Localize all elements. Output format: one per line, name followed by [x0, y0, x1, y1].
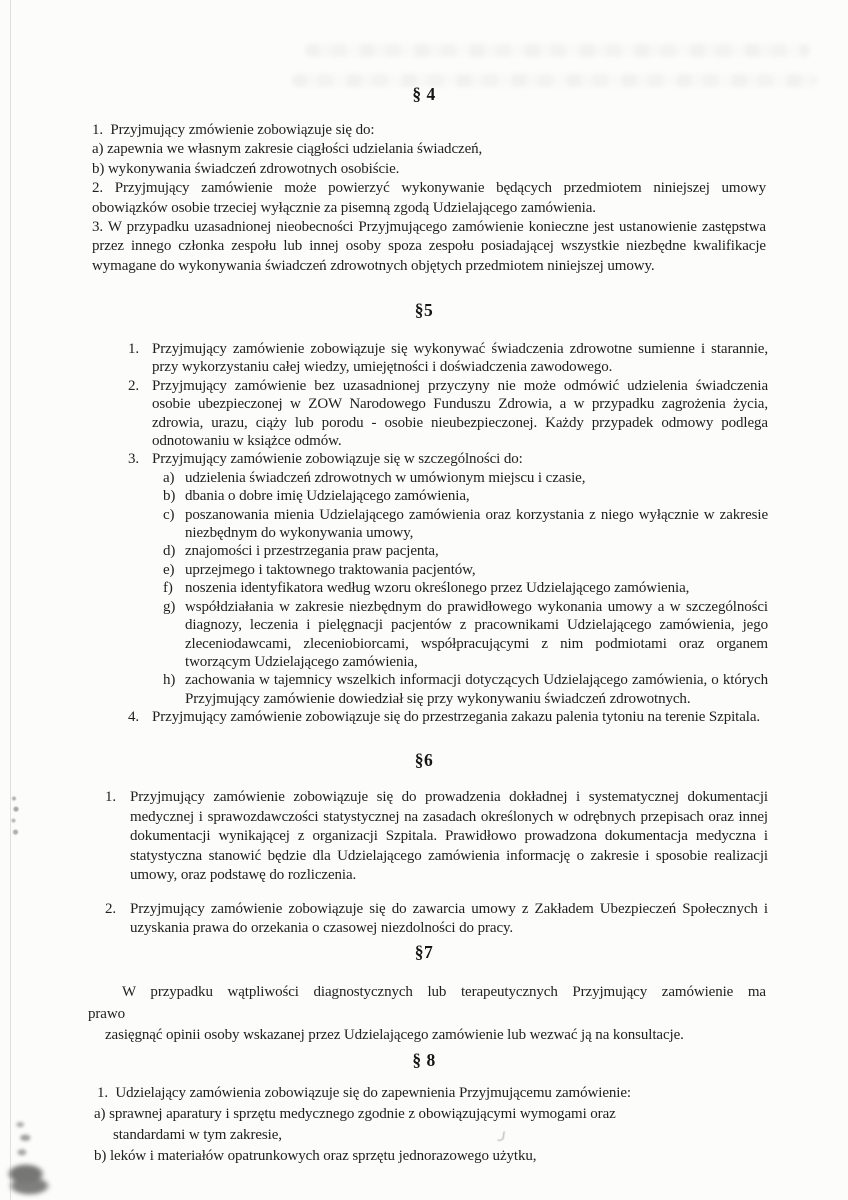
list-item: 4.Przyjmujący zamówienie zobowiązuje się…	[92, 708, 768, 726]
list-item-marker: 1.	[128, 340, 139, 358]
list-item-text: Przyjmujący zamówienie zobowiązuje się d…	[130, 901, 768, 937]
paragraph: b) leków i materiałów opatrunkowych oraz…	[92, 1146, 766, 1167]
list-item-marker: c)	[163, 506, 174, 524]
list-item: a)udzielenia świadczeń zdrowotnych w umó…	[92, 469, 768, 487]
list-item-text: uprzejmego i taktownego traktowania pacj…	[185, 562, 476, 578]
list-item-text: udzielenia świadczeń zdrowotnych w umówi…	[185, 470, 585, 486]
list-item-text: zachowania w tajemnicy wszelkich informa…	[185, 672, 768, 706]
list-item-text: Przyjmujący zamówienie zobowiązuje się w…	[152, 341, 768, 375]
paragraph: prawo	[88, 1004, 766, 1026]
paragraph: a) sprawnej aparatury i sprzętu medyczne…	[92, 1104, 766, 1125]
paragraph: 1. Przyjmujący zmówienie zobowiązuje się…	[92, 121, 766, 140]
list-item: h)zachowania w tajemnicy wszelkich infor…	[92, 671, 768, 708]
list-item-text: Przyjmujący zamówienie bez uzasadnionej …	[152, 378, 768, 449]
paragraph: standardami w tym zakresie,	[92, 1125, 766, 1146]
list-item-marker: h)	[163, 671, 175, 689]
list-item-text: Przyjmujący zamówienie zobowiązuje się w…	[152, 451, 523, 467]
contract-section: §51.Przyjmujący zamówienie zobowiązuje s…	[0, 300, 848, 727]
section-heading: §5	[0, 300, 848, 320]
list-item-marker: f)	[163, 579, 173, 597]
section-heading: § 8	[0, 1050, 848, 1070]
scanned-contract-page: § 41. Przyjmujący zmówienie zobowiązuje …	[0, 0, 848, 1200]
list-item-marker: 2.	[128, 377, 139, 395]
list-item-marker: 1.	[105, 788, 116, 808]
list-item-marker: g)	[163, 598, 175, 616]
section-body: 1. Udzielający zamówienia zobowiązuje si…	[92, 1083, 766, 1167]
section-heading: § 4	[0, 84, 848, 104]
list-item-marker: 3.	[128, 450, 139, 468]
list-item-marker: 4.	[128, 708, 139, 726]
section-body: 1.Przyjmujący zamówienie zobowiązuje się…	[92, 788, 768, 939]
section-body: 1.Przyjmujący zamówienie zobowiązuje się…	[92, 340, 768, 727]
list-item-text: poszanowania mienia Udzielającego zamówi…	[185, 507, 768, 541]
scan-bleedthrough-artifact	[305, 44, 810, 57]
scan-smudge-artifact	[6, 1162, 58, 1196]
contract-section: §7W przypadku wątpliwości diagnostycznyc…	[0, 942, 848, 1047]
list-item: 1.Przyjmujący zamówienie zobowiązuje się…	[92, 340, 768, 377]
paragraph: a) zapewnia we własnym zakresie ciągłośc…	[92, 140, 766, 159]
list-item-marker: a)	[163, 469, 174, 487]
list-item: e)uprzejmego i taktownego traktowania pa…	[92, 561, 768, 579]
list-item-text: noszenia identyfikatora według wzoru okr…	[185, 580, 689, 596]
paragraph: 1. Udzielający zamówienia zobowiązuje si…	[92, 1083, 766, 1104]
section-heading: §7	[0, 942, 848, 962]
list-item: 1.Przyjmujący zamówienie zobowiązuje się…	[92, 788, 768, 886]
contract-section: § 81. Udzielający zamówienia zobowiązuje…	[0, 1050, 848, 1167]
list-item: g)współdziałania w zakresie niezbędnym d…	[92, 598, 768, 672]
list-item-marker: 2.	[105, 900, 116, 920]
list-item: f)noszenia identyfikatora według wzoru o…	[92, 579, 768, 597]
list-item-marker: e)	[163, 561, 174, 579]
section-body: 1. Przyjmujący zmówienie zobowiązuje się…	[92, 121, 766, 276]
list-item-marker: b)	[163, 487, 175, 505]
paragraph: 2. Przyjmujący zamówienie może powierzyć…	[92, 179, 766, 218]
section-heading: §6	[0, 750, 848, 770]
list-item: d)znajomości i przestrzegania praw pacje…	[92, 542, 768, 560]
paragraph: 3. W przypadku uzasadnionej nieobecności…	[92, 218, 766, 276]
paragraph: b) wykonywania świadczeń zdrowotnych oso…	[92, 160, 766, 179]
list-item: b)dbania o dobre imię Udzielającego zamó…	[92, 487, 768, 505]
contract-section: § 41. Przyjmujący zmówienie zobowiązuje …	[0, 84, 848, 276]
list-item-text: Przyjmujący zamówienie zobowiązuje się d…	[152, 709, 760, 725]
list-item: c)poszanowania mienia Udzielającego zamó…	[92, 506, 768, 543]
section-body: W przypadku wątpliwości diagnostycznych …	[88, 982, 766, 1047]
list-item: 3.Przyjmujący zamówienie zobowiązuje się…	[92, 450, 768, 468]
list-item-text: znajomości i przestrzegania praw pacjent…	[185, 543, 439, 559]
paragraph: W przypadku wątpliwości diagnostycznych …	[88, 982, 766, 1004]
list-item-marker: d)	[163, 542, 175, 560]
list-item-text: dbania o dobre imię Udzielającego zamówi…	[185, 488, 470, 504]
list-item-text: Przyjmujący zamówienie zobowiązuje się d…	[130, 789, 768, 883]
list-item: 2.Przyjmujący zamówienie bez uzasadnione…	[92, 377, 768, 451]
list-item-text: współdziałania w zakresie niezbędnym do …	[185, 599, 768, 670]
list-item: 2.Przyjmujący zamówienie zobowiązuje się…	[92, 900, 768, 939]
contract-section: §61.Przyjmujący zamówienie zobowiązuje s…	[0, 750, 848, 939]
paragraph: zasięgnąć opinii osoby wskazanej przez U…	[88, 1025, 766, 1047]
